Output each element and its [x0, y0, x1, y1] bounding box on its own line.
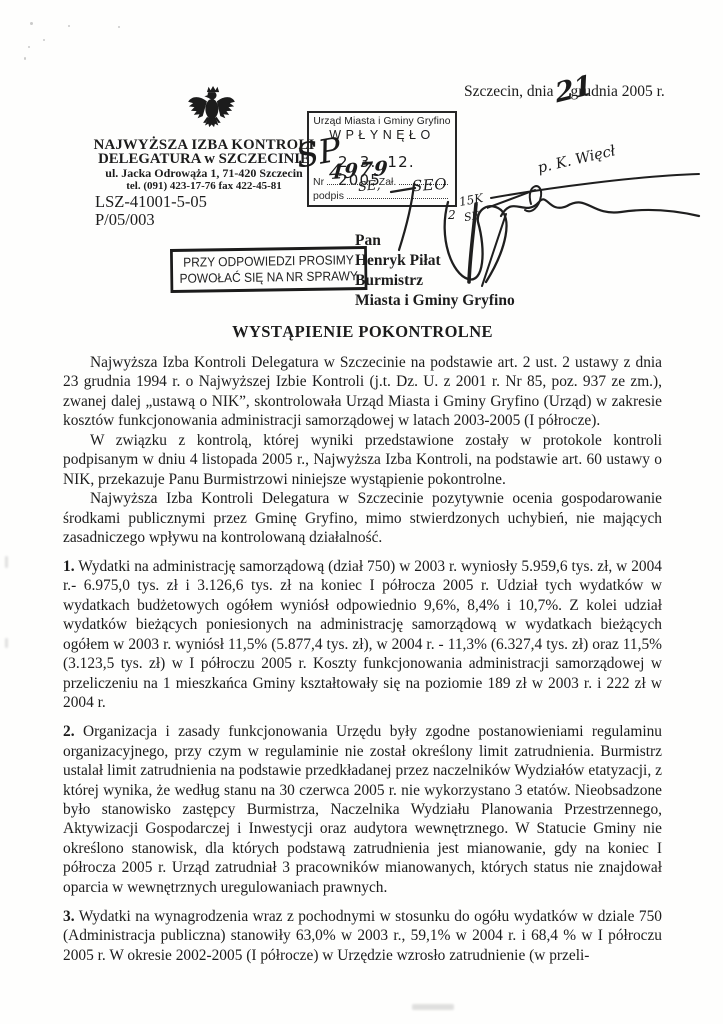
item-text: Wydatki na wynagrodzenia wraz z pochodny… [63, 908, 662, 964]
case-numbers: LSZ-41001-5-05 P/05/003 [95, 193, 207, 228]
item-text: Wydatki na administrację samorządową (dz… [63, 558, 662, 711]
document-title: WYSTĄPIENIE POKONTROLNE [63, 322, 662, 342]
item-number: 2. [63, 723, 75, 740]
scanned-letter-page: Szczecin, dnia21grudnia 2005 r. NAJWYŻSZ… [0, 0, 723, 1024]
sender-org-line2: DELEGATURA w SZCZECINIE [78, 152, 330, 167]
intro-paragraph: Najwyższa Izba Kontroli Delegatura w Szc… [63, 489, 662, 547]
scan-smudge [412, 1004, 454, 1010]
stamp-org: Urząd Miasta i Gminy Gryfino [309, 113, 455, 127]
dateline-prefix: Szczecin, dnia [464, 83, 554, 100]
case-number-1: LSZ-41001-5-05 [95, 193, 207, 211]
intro-paragraph: Najwyższa Izba Kontroli Delegatura w Szc… [63, 353, 662, 431]
sender-contact: tel. (091) 423-17-76 fax 422-45-81 [78, 180, 330, 192]
scan-speck [24, 57, 26, 60]
polish-eagle-emblem [187, 85, 236, 133]
scan-smudge [5, 556, 8, 568]
item-text: Organizacja i zasady funkcjonowania Urzę… [63, 723, 662, 896]
handwritten-day: 21 [553, 70, 594, 110]
received-stamp: Urząd Miasta i Gminy Gryfino WPŁYNĘŁO 2 … [307, 111, 457, 207]
case-number-2: P/05/003 [95, 211, 207, 229]
sender-address: ul. Jacka Odrowąża 1, 71-420 Szczecin [78, 167, 330, 180]
signature-squiggle [487, 168, 705, 226]
letter-body: WYSTĄPIENIE POKONTROLNE Najwyższa Izba K… [63, 322, 662, 965]
scan-speck [43, 39, 45, 41]
scan-speck [118, 26, 120, 28]
numbered-item: 3. Wydatki na wynagrodzenia wraz z pocho… [63, 907, 662, 965]
reply-notice-line2: POWOŁAĆ SIĘ NA NR SPRAWY [179, 268, 358, 286]
item-number: 3. [63, 908, 75, 925]
handwritten-initials: SE, [357, 178, 381, 195]
numbered-item: 2. Organizacja i zasady funkcjonowania U… [63, 722, 662, 897]
scan-speck [68, 25, 70, 27]
dateline: Szczecin, dnia21grudnia 2005 r. [464, 83, 665, 101]
stamp-signature-label: podpis [313, 190, 344, 202]
sender-block: NAJWYŻSZA IZBA KONTROLI DELEGATURA w SZC… [78, 138, 330, 192]
stamp-nr-label: Nr [313, 176, 324, 188]
intro-paragraph: W związku z kontrolą, której wyniki prze… [63, 431, 662, 489]
numbered-item: 1. Wydatki na administrację samorządową … [63, 557, 662, 713]
reply-notice-box: PRZY ODPOWIEDZI PROSIMY POWOŁAĆ SIĘ NA N… [170, 246, 367, 293]
scan-speck [28, 46, 30, 48]
item-number: 1. [63, 558, 75, 575]
scan-smudge [5, 638, 8, 648]
sender-org-line1: NAJWYŻSZA IZBA KONTROLI [78, 138, 330, 152]
scan-speck [30, 22, 33, 25]
